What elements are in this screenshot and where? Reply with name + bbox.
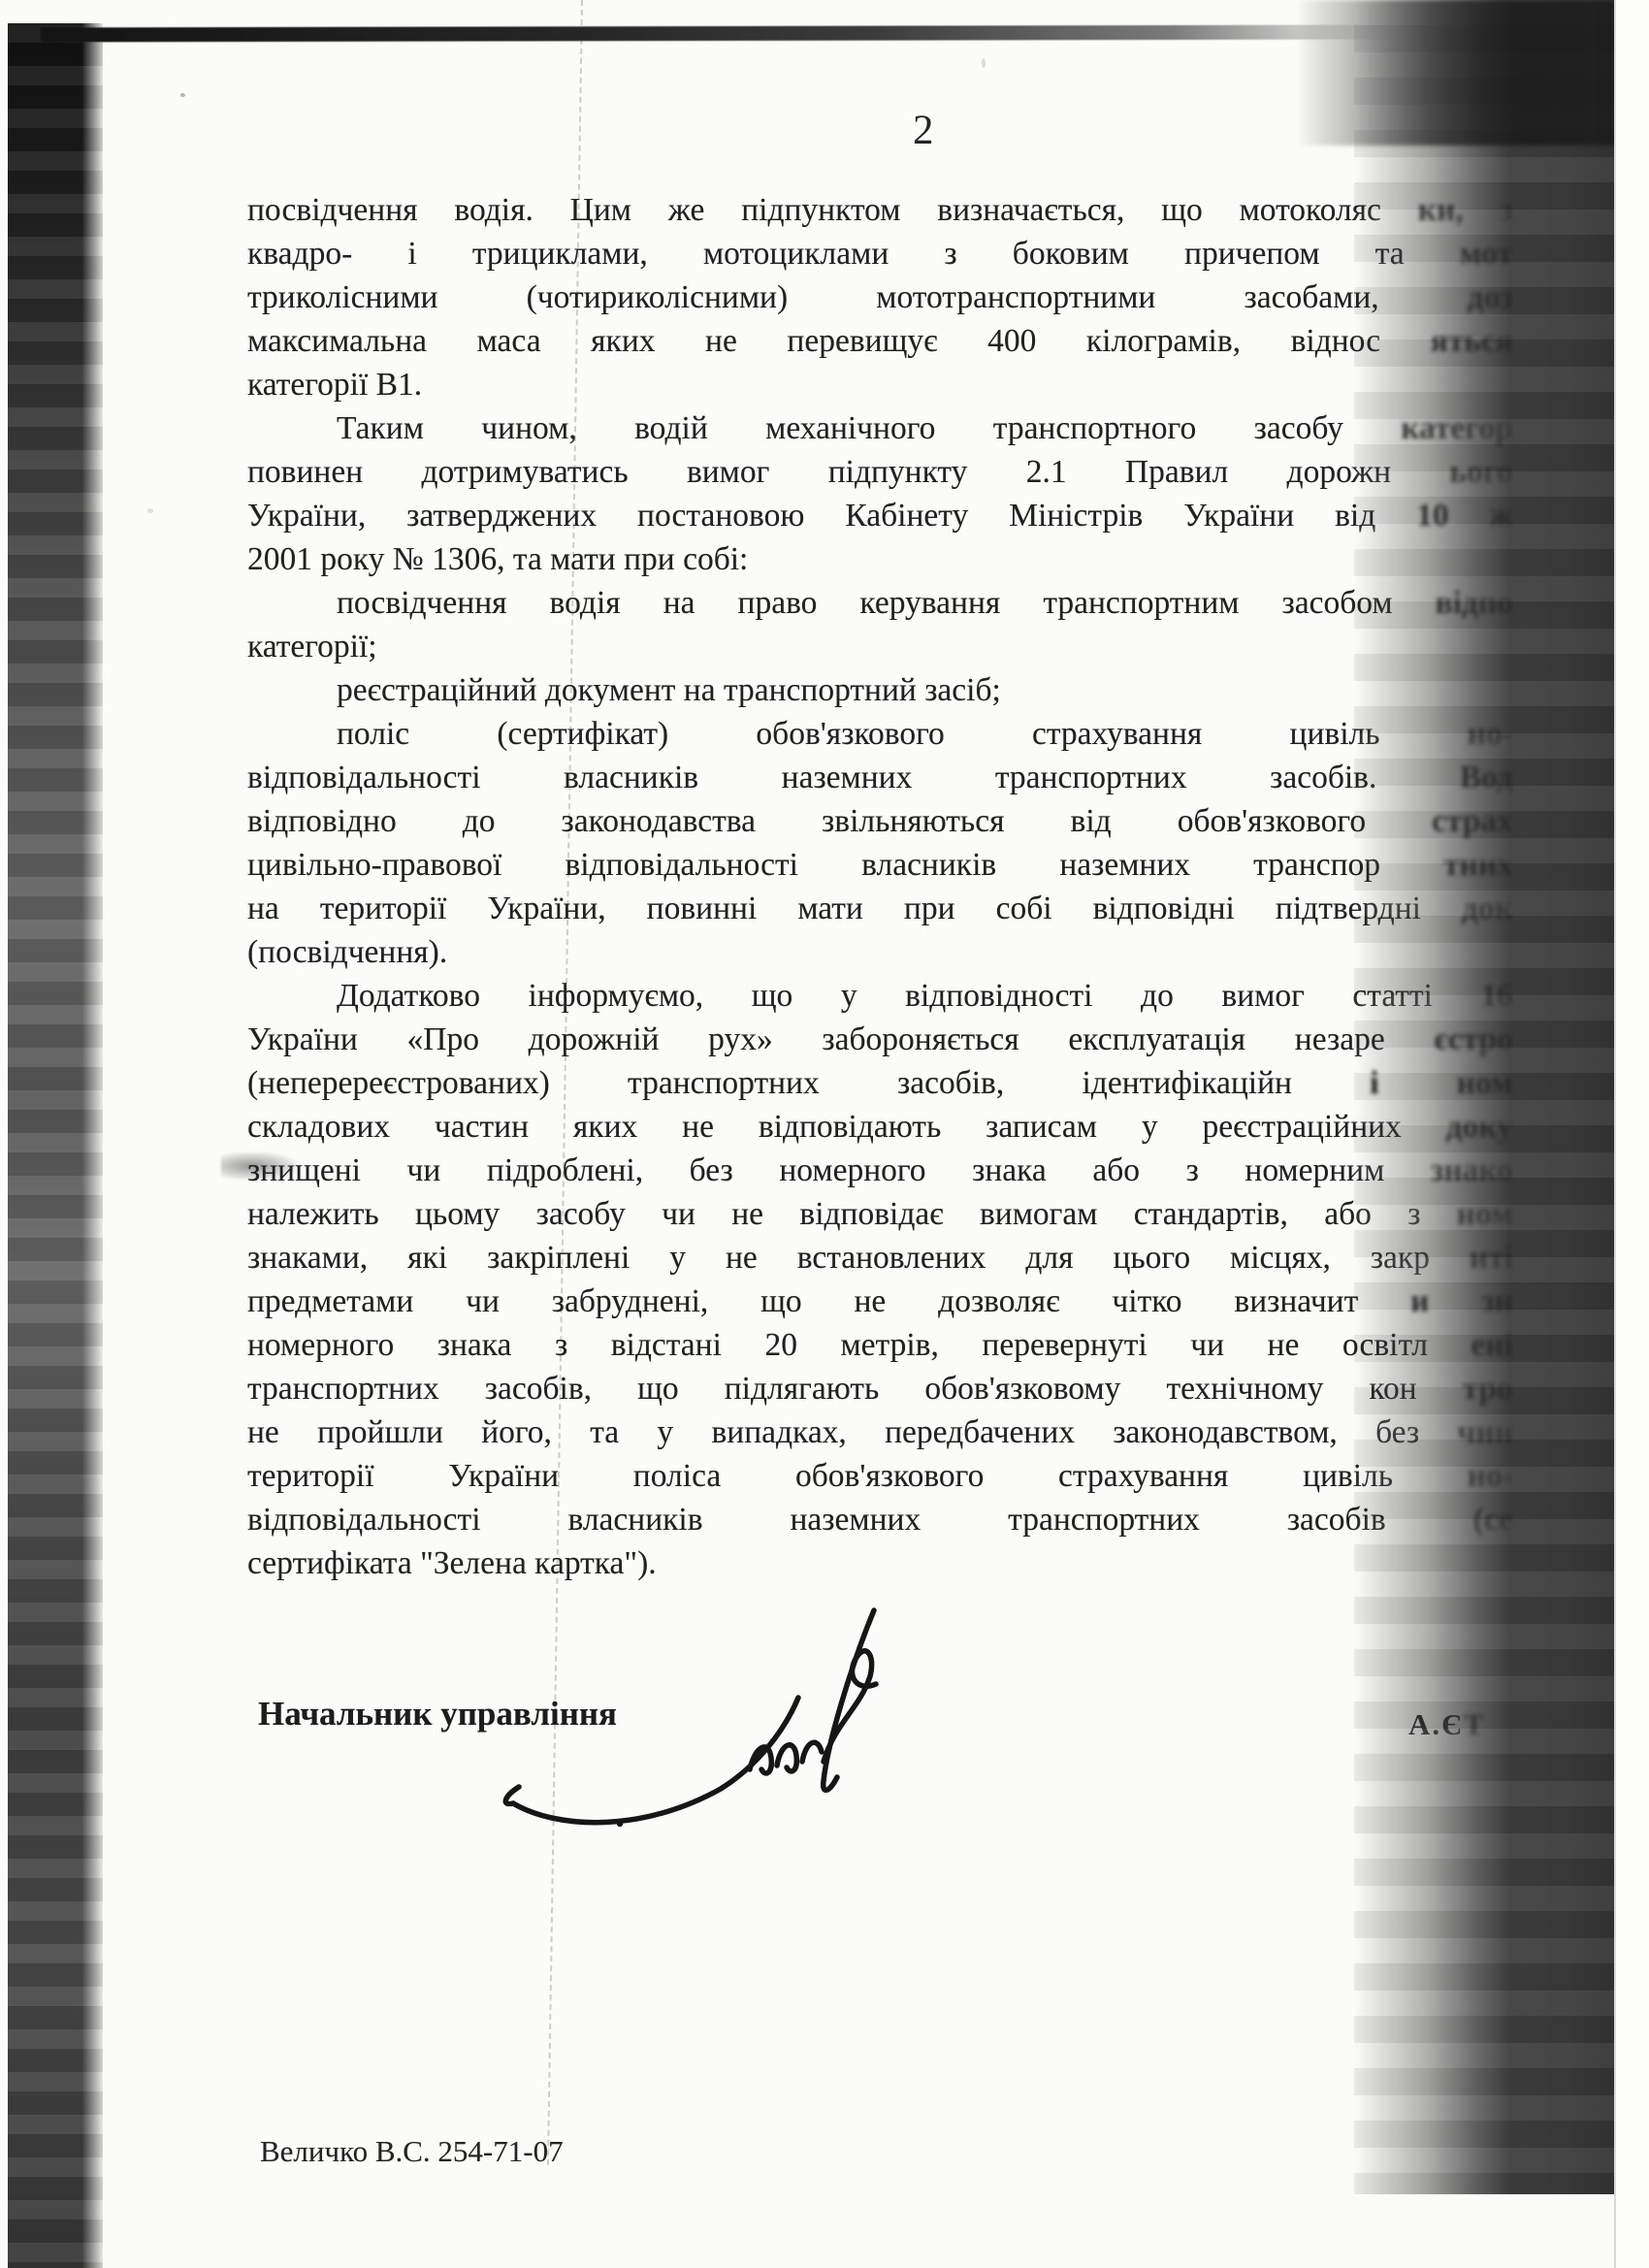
text-line: повинен дотримуватись вимог підпункту 2.… — [247, 450, 1513, 494]
handwritten-signature — [490, 1599, 897, 1841]
text-line: квадро- і трициклами, мотоциклами з боко… — [247, 232, 1513, 275]
text-line: номерного знака з відстані 20 метрів, пе… — [247, 1323, 1513, 1367]
scan-speck — [180, 93, 185, 97]
paper-edge-right — [1614, 0, 1649, 2268]
text-line-content: повинен дотримуватись вимог підпункту 2.… — [247, 454, 1391, 490]
text-line: поліс (сертифікат) обов'язкового страхув… — [247, 712, 1513, 756]
text-line: не пройшли його, та у випадках, передбач… — [247, 1410, 1513, 1454]
text-line: Таким чином, водій механічного транспорт… — [247, 406, 1513, 450]
text-line-content: триколісними (чотириколісними) мототранс… — [247, 279, 1379, 315]
text-line: належить цьому засобу чи не відповідає в… — [247, 1192, 1513, 1236]
text-line: відповідальності власників наземних тран… — [247, 1498, 1513, 1541]
text-line: 2001 року № 1306, та мати при собі: — [247, 537, 1513, 581]
text-line: посвідчення водія на право керування тра… — [247, 581, 1513, 625]
text-line: складових частин яких не відповідають за… — [247, 1105, 1513, 1149]
text-line: максимальна маса яких не перевищує 400 к… — [247, 319, 1513, 363]
text-line-content: посвідчення водія на право керування тра… — [337, 585, 1393, 621]
text-line: категорії; — [247, 625, 1513, 668]
text-line-content: України «Про дорожній рух» забороняється… — [247, 1021, 1385, 1057]
text-line: території України поліса обов'язкового с… — [247, 1454, 1513, 1498]
text-line-content: посвідчення водія. Цим же підпунктом виз… — [247, 192, 1381, 228]
text-line-content: України, затверджених постановою Кабінет… — [247, 498, 1375, 534]
scan-streak-top — [41, 25, 1389, 43]
text-line-content: Додатково інформуємо, що у відповідності… — [337, 978, 1433, 1014]
text-block: посвідчення водія. Цим же підпунктом виз… — [247, 188, 1513, 1585]
scan-shadow-left — [8, 23, 103, 2268]
text-line: відповідальності власників наземних тран… — [247, 756, 1513, 799]
text-line-content: знищені чи підроблені, без номерного зна… — [247, 1152, 1384, 1188]
text-line: реєстраційний документ на транспортний з… — [247, 668, 1513, 712]
text-line-content: предметами чи забруднені, що не дозволяє… — [247, 1283, 1358, 1319]
text-line-content: належить цьому засобу чи не відповідає в… — [247, 1196, 1420, 1232]
text-line-content: максимальна маса яких не перевищує 400 к… — [247, 323, 1380, 359]
text-line: Додатково інформуємо, що у відповідності… — [247, 974, 1513, 1018]
text-line: категорії В1. — [247, 363, 1513, 406]
text-line-content: квадро- і трициклами, мотоциклами з боко… — [247, 236, 1405, 272]
text-line-content: (посвідчення). — [247, 934, 447, 970]
text-line-content: складових частин яких не відповідають за… — [247, 1109, 1402, 1145]
text-line: України, затверджених постановою Кабінет… — [247, 494, 1513, 537]
text-line-content: категорії; — [247, 629, 377, 664]
text-line: предметами чи забруднені, що не дозволяє… — [247, 1280, 1513, 1323]
text-line: посвідчення водія. Цим же підпунктом виз… — [247, 188, 1513, 232]
scan-speck — [147, 508, 153, 513]
text-line-content: поліс (сертифікат) обов'язкового страхув… — [337, 716, 1380, 752]
page-number: 2 — [913, 107, 934, 154]
text-line-content: 2001 року № 1306, та мати при собі: — [247, 541, 748, 577]
text-line: знаками, які закріплені у не встановлени… — [247, 1236, 1513, 1280]
text-line-content: відповідальності власників наземних тран… — [247, 760, 1376, 795]
text-line: відповідно до законодавства звільняються… — [247, 799, 1513, 843]
text-line-content: відповідальності власників наземних тран… — [247, 1502, 1386, 1538]
text-line: (посвідчення). — [247, 930, 1513, 974]
text-line-content: не пройшли його, та у випадках, передбач… — [247, 1414, 1419, 1450]
scanned-document-page: 2 посвідчення водія. Цим же підпунктом в… — [0, 0, 1649, 2268]
text-line-content: (неперереєстрованих) транспортних засобі… — [247, 1065, 1292, 1101]
text-line: транспортних засобів, що підлягають обов… — [247, 1367, 1513, 1410]
text-line-content: категорії В1. — [247, 367, 422, 403]
text-line: (неперереєстрованих) транспортних засобі… — [247, 1061, 1513, 1105]
text-line-content: транспортних засобів, що підлягають обов… — [247, 1371, 1417, 1407]
text-line: знищені чи підроблені, без номерного зна… — [247, 1149, 1513, 1192]
text-line-content: на території України, повинні мати при с… — [247, 891, 1421, 926]
scan-speck — [982, 58, 986, 68]
text-line-content: Таким чином, водій механічного транспорт… — [337, 410, 1343, 446]
text-line-content: номерного знака з відстані 20 метрів, пе… — [247, 1327, 1428, 1363]
text-line: сертифіката "Зелена картка"). — [247, 1541, 1513, 1585]
text-line-content: знаками, які закріплені у не встановлени… — [247, 1240, 1430, 1276]
text-line: триколісними (чотириколісними) мототранс… — [247, 275, 1513, 319]
executor-reference: Величко В.С. 254-71-07 — [260, 2134, 564, 2169]
text-line: на території України, повинні мати при с… — [247, 887, 1513, 930]
text-line: цивільно-правової відповідальності власн… — [247, 843, 1513, 887]
text-line-content: сертифіката "Зелена картка"). — [247, 1545, 657, 1581]
text-line-content: реєстраційний документ на транспортний з… — [337, 672, 1001, 708]
scan-shadow-right — [1354, 0, 1614, 2194]
scan-shadow-top-right — [1296, 0, 1616, 146]
text-line-content: території України поліса обов'язкового с… — [247, 1458, 1393, 1494]
text-line-content: відповідно до законодавства звільняються… — [247, 803, 1366, 839]
text-line-content: цивільно-правової відповідальності власн… — [247, 847, 1380, 883]
text-line: України «Про дорожній рух» забороняється… — [247, 1018, 1513, 1061]
